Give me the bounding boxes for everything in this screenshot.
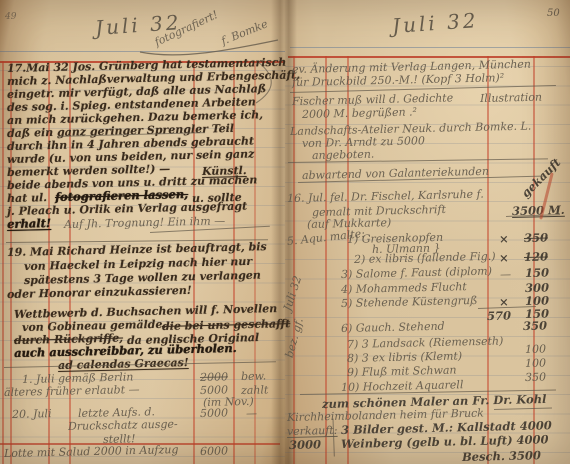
handwriting-line: Illustration (480, 92, 542, 104)
handwriting-line: 570 (487, 310, 511, 322)
handwriting-line: bez. gf. (284, 317, 305, 359)
handwriting-line: × (499, 253, 509, 265)
handwriting-line: 4) Mohammeds Flucht (341, 281, 467, 295)
handwriting-line: 9) Fluß mit Schwan (347, 365, 457, 378)
handwriting-line: 350 (524, 232, 548, 244)
handwriting-line: gekauft (520, 157, 563, 200)
handwriting-line: 120 (524, 251, 548, 263)
handwriting-line: × (499, 234, 509, 246)
handwriting-line: 2000 M. begrüßen .² (302, 106, 417, 120)
handwriting-line: 350 (523, 320, 547, 332)
handwriting-line: 150 (525, 267, 549, 279)
handwriting-line: 2) ex libris (fallende Fig.) (354, 251, 496, 265)
handwriting-line: angeboten. (312, 149, 375, 161)
handwriting-line: 6) Gauch. Stehend (341, 321, 445, 334)
handwriting-line: — (500, 269, 511, 280)
right-page-handwriting: ev. Änderung mit Verlag Langen, Münchenf… (0, 0, 570, 464)
handwriting-line: 3) Salome f. Faust (diplom) (341, 266, 492, 280)
handwriting-line: für Druckbild 250.-M.! (Kopf 3 Holm)² (292, 72, 504, 88)
handwriting-line: verkauft: (287, 425, 338, 437)
handwriting-line: Besch. 3500 (462, 450, 541, 463)
notebook-spread-photo: 49 50 Juli 32 Juli 32 fotografiert! f. B… (0, 0, 570, 464)
handwriting-line: Juli 32 (282, 275, 304, 313)
handwriting-line: 3000 (289, 439, 321, 451)
handwriting-line: 5) Stehende Küstengruß (341, 295, 478, 309)
handwriting-line: 100 (525, 344, 546, 355)
handwriting-line: 350 (525, 372, 546, 383)
hand-stroke (494, 407, 552, 410)
handwriting-line: Fischer muß will d. Gedichte (292, 92, 453, 107)
handwriting-line: 8) 3 ex libris (Klemt) (347, 350, 462, 364)
handwriting-line: 7) 3 Landsack (Riemenseth) (347, 335, 504, 350)
handwriting-line: 16. Jul. fel. Dr. Fischel, Karlsruhe f. (287, 189, 484, 204)
handwriting-line: 100 (525, 358, 546, 369)
